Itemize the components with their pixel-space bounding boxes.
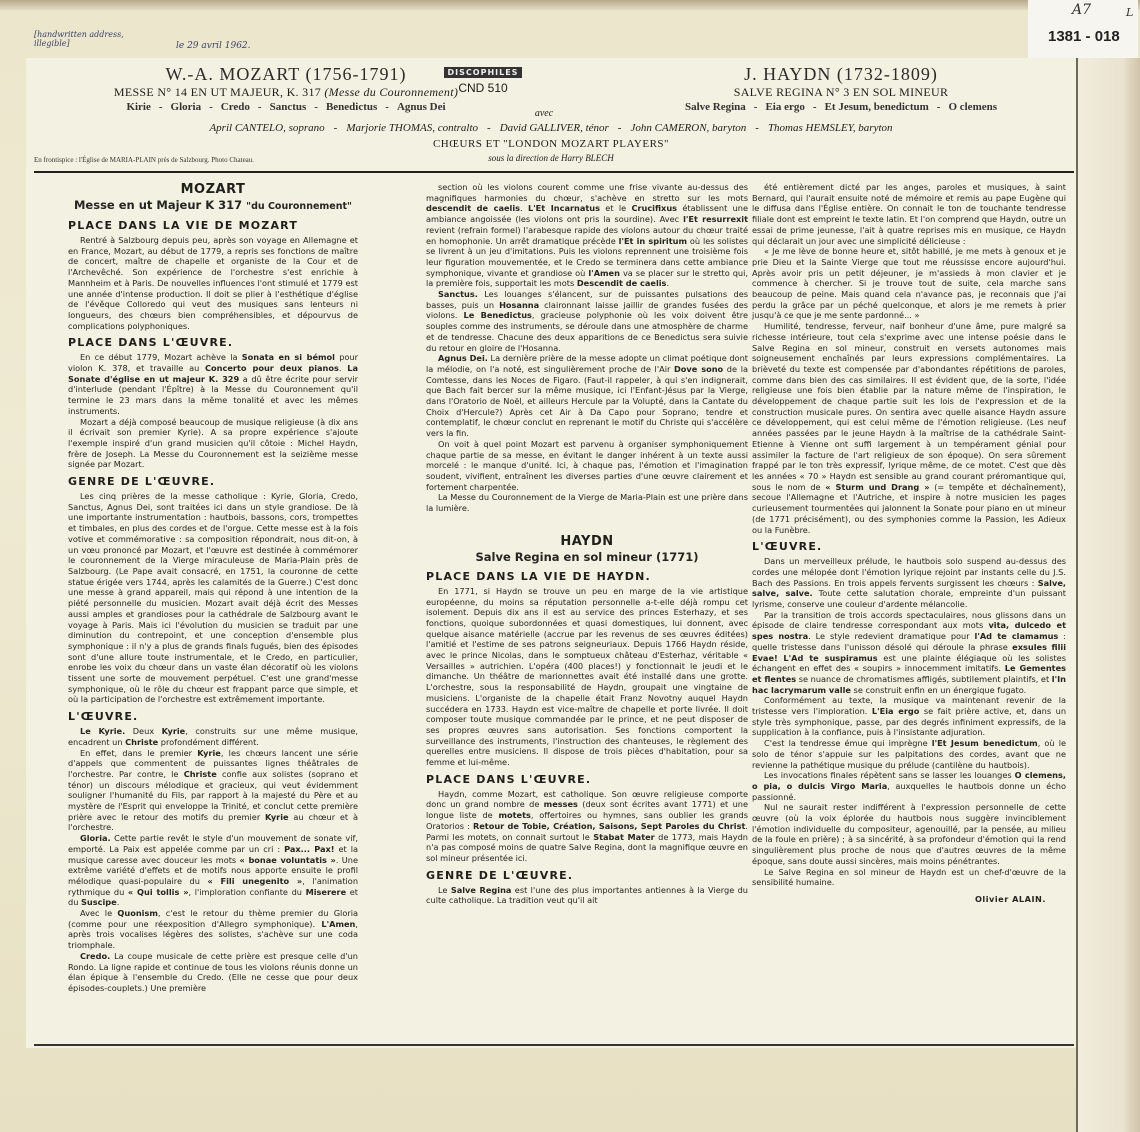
paragraph: Par la transition de trois accords spect… [752,610,1066,696]
paragraph: été entièrement dicté par les anges, par… [752,182,1066,246]
paragraph: En effet, dans le premier Kyrie, les chœ… [68,748,358,834]
paragraph: Le Salve Regina est l'une des plus impor… [426,885,748,906]
section-heading: PLACE DANS LA VIE DE HAYDN. [426,570,748,584]
section-heading: PLACE DANS L'ŒUVRE. [426,773,748,787]
label-box: DISCOPHILES CND 510 [428,60,538,95]
author-signature: Olivier ALAIN. [752,894,1066,905]
label-logo: DISCOPHILES [444,67,523,78]
liner-notes-page: W.-A. MOZART (1756-1791) MESSE N° 14 EN … [26,58,1076,1048]
mozart-work: MESSE N° 14 EN UT MAJEUR, K. 317 (Messe … [86,84,486,100]
paragraph: section où les violons courent comme une… [426,182,748,289]
column-middle: section où les violons courent comme une… [426,182,748,906]
paragraph: Conformément au texte, la musique va mai… [752,695,1066,738]
paragraph: Humilité, tendresse, ferveur, naif bonhe… [752,321,1066,535]
sticker-code: 1381 - 018 [1048,28,1120,45]
section-heading: GENRE DE L'ŒUVRE. [68,475,358,489]
frontispiece-credit: En frontispice : l'Église de MARIA-PLAIN… [34,156,254,164]
paragraph: Le Kyrie. Deux Kyrie, construits sur une… [68,726,358,747]
paragraph: Les cinq prières de la messe catholique … [68,491,358,705]
paragraph: Le Salve Regina en sol mineur de Haydn e… [752,867,1066,888]
soloist: John CAMERON, baryton [630,122,746,134]
footer-rule [34,1044,1074,1046]
handwritten-date: le 29 avril 1962. [176,42,251,51]
paragraph: On voit à quel point Mozart est parvenu … [426,439,748,493]
paragraph: Mozart a déjà composé beaucoup de musiqu… [68,417,358,471]
soloist: David GALLIVER, ténor [500,122,609,134]
catalog-number: CND 510 [428,81,538,95]
paragraph: Agnus Dei. La dernière prière de la mess… [426,353,748,439]
mozart-title: MOZART [68,182,358,198]
column-right: été entièrement dicté par les anges, par… [752,182,1066,905]
paragraph: La Messe du Couronnement de la Vierge de… [426,492,748,513]
handwritten-address: [handwritten address, illegible] [34,30,144,48]
paragraph: Dans un merveilleux prélude, le hautbois… [752,556,1066,610]
paragraph: En 1771, si Haydn se trouve un peu en ma… [426,586,748,768]
paragraph: Sanctus. Les louanges s'élancent, sur de… [426,289,748,353]
header: W.-A. MOZART (1756-1791) MESSE N° 14 EN … [26,58,1076,176]
haydn-subtitle: Salve Regina en sol mineur (1771) [426,550,748,565]
soloist: Thomas HEMSLEY, baryton [768,122,893,134]
paragraph: Gloria. Cette partie revêt le style d'un… [68,833,358,908]
section-heading: PLACE DANS L'ŒUVRE. [68,336,358,350]
orchestra: CHŒURS ET "LONDON MOZART PLAYERS" [26,138,1076,150]
mozart-subtitle: Messe en ut Majeur K 317 "du Couronnemen… [68,198,358,214]
mozart-composer: W.-A. MOZART (1756-1791) [86,64,486,84]
sleeve-top-edge [0,0,1140,10]
haydn-work: SALVE REGINA N° 3 EN SOL MINEUR [606,84,1076,100]
header-rule [34,171,1074,173]
paragraph: Les invocations finales répètent sans se… [752,770,1066,802]
paragraph: Haydn, comme Mozart, est catholique. Son… [426,789,748,864]
section-heading: GENRE DE L'ŒUVRE. [426,869,748,883]
haydn-title: HAYDN [426,534,748,550]
section-heading: L'ŒUVRE. [68,710,358,724]
paragraph: Nul ne saurait rester indifférent à l'ex… [752,802,1066,866]
paragraph: « Je me lève de bonne heure et, sitôt ha… [752,246,1066,321]
paragraph: En ce début 1779, Mozart achève la Sonat… [68,352,358,416]
column-mozart: MOZARTMesse en ut Majeur K 317 "du Couro… [68,182,358,994]
paragraph: Avec le Quonism, c'est le retour du thèm… [68,908,358,951]
record-sleeve-back: [handwritten address, illegible] le 29 a… [0,0,1140,1132]
haydn-composer: J. HAYDN (1732-1809) [606,64,1076,84]
soloists: April CANTELO, soprano-Marjorie THOMAS, … [26,122,1076,134]
sticker-note: A7 [1072,2,1091,18]
paragraph: Credo. La coupe musicale de cette prière… [68,951,358,994]
section-heading: PLACE DANS LA VIE DE MOZART [68,219,358,233]
soloist: April CANTELO, soprano [209,122,324,134]
section-heading: L'ŒUVRE. [752,540,1066,554]
paragraph: Rentré à Salzbourg depuis peu, après son… [68,235,358,331]
inventory-sticker: A7 L 1381 - 018 [1028,0,1138,60]
sleeve-spine [1076,58,1140,1132]
avec-label: avec [26,108,1076,119]
soloist: Marjorie THOMAS, contralto [346,122,478,134]
sticker-note-2: L [1126,6,1133,19]
paragraph: C'est la tendresse émue qui imprègne l'E… [752,738,1066,770]
